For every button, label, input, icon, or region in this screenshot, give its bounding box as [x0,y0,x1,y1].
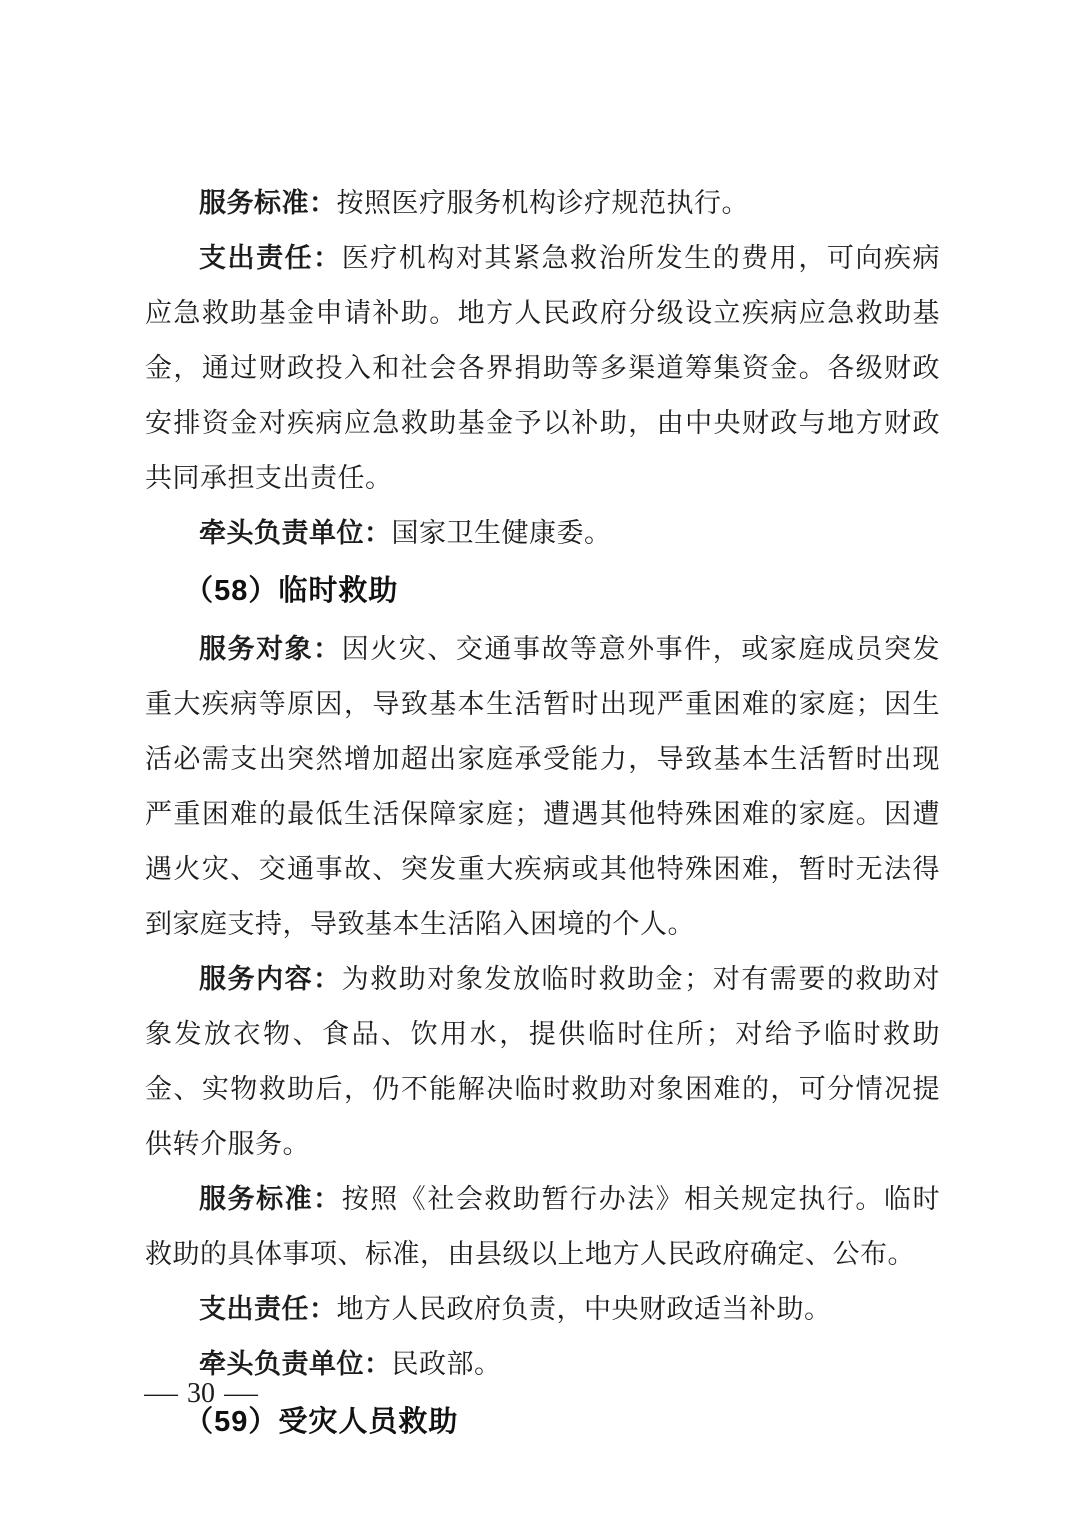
section-heading-59: （59）受灾人员救助 [145,1395,940,1450]
section-heading-58: （58）临时救助 [145,564,940,619]
paragraph-expenditure-2: 支出责任：地方人民政府负责，中央财政适当补助。 [145,1282,940,1337]
paragraph-lead-unit-1: 牵头负责单位：国家卫生健康委。 [145,506,940,561]
paragraph-label-lead-unit-2: 牵头负责单位： [199,1349,392,1379]
paragraph-label-service-standard-2: 服务标准： [199,1184,342,1214]
paragraph-text-lead-unit-1: 国家卫生健康委。 [392,518,612,548]
paragraph-label-lead-unit-1: 牵头负责单位： [199,518,392,548]
paragraph-service-standard-2: 服务标准：按照《社会救助暂行办法》相关规定执行。临时救助的具体事项、标准，由县级… [145,1172,940,1282]
paragraph-label-expenditure-2: 支出责任： [199,1294,337,1324]
paragraph-label-service-target: 服务对象： [199,634,342,664]
footer-dash-right: — [224,1378,258,1410]
paragraph-text-service-standard-1: 按照医疗服务机构诊疗规范执行。 [337,188,750,218]
page-number: 30 [187,1378,215,1410]
paragraph-lead-unit-2: 牵头负责单位：民政部。 [145,1337,940,1392]
paragraph-service-standard-1: 服务标准：按照医疗服务机构诊疗规范执行。 [145,176,940,231]
paragraph-text-service-target: 因火灾、交通事故等意外事件，或家庭成员突发重大疾病等原因，导致基本生活暂时出现严… [145,634,940,939]
paragraph-text-lead-unit-2: 民政部。 [392,1349,502,1379]
paragraph-label-service-standard-1: 服务标准： [199,188,337,218]
paragraph-text-expenditure-1: 医疗机构对其紧急救治所发生的费用，可向疾病应急救助基金申请补助。地方人民政府分级… [145,243,940,493]
document-page: 服务标准：按照医疗服务机构诊疗规范执行。 支出责任：医疗机构对其紧急救治所发生的… [0,0,1080,1527]
paragraph-label-service-content: 服务内容： [199,964,342,994]
paragraph-label-expenditure-1: 支出责任： [199,243,342,273]
paragraph-text-expenditure-2: 地方人民政府负责，中央财政适当补助。 [337,1294,832,1324]
document-body: 服务标准：按照医疗服务机构诊疗规范执行。 支出责任：医疗机构对其紧急救治所发生的… [145,176,940,1450]
footer-dash-left: — [144,1378,178,1410]
page-footer: — 30 — [147,1378,255,1410]
paragraph-service-target: 服务对象：因火灾、交通事故等意外事件，或家庭成员突发重大疾病等原因，导致基本生活… [145,622,940,952]
paragraph-expenditure-1: 支出责任：医疗机构对其紧急救治所发生的费用，可向疾病应急救助基金申请补助。地方人… [145,231,940,506]
paragraph-service-content: 服务内容：为救助对象发放临时救助金；对有需要的救助对象发放衣物、食品、饮用水，提… [145,952,940,1172]
